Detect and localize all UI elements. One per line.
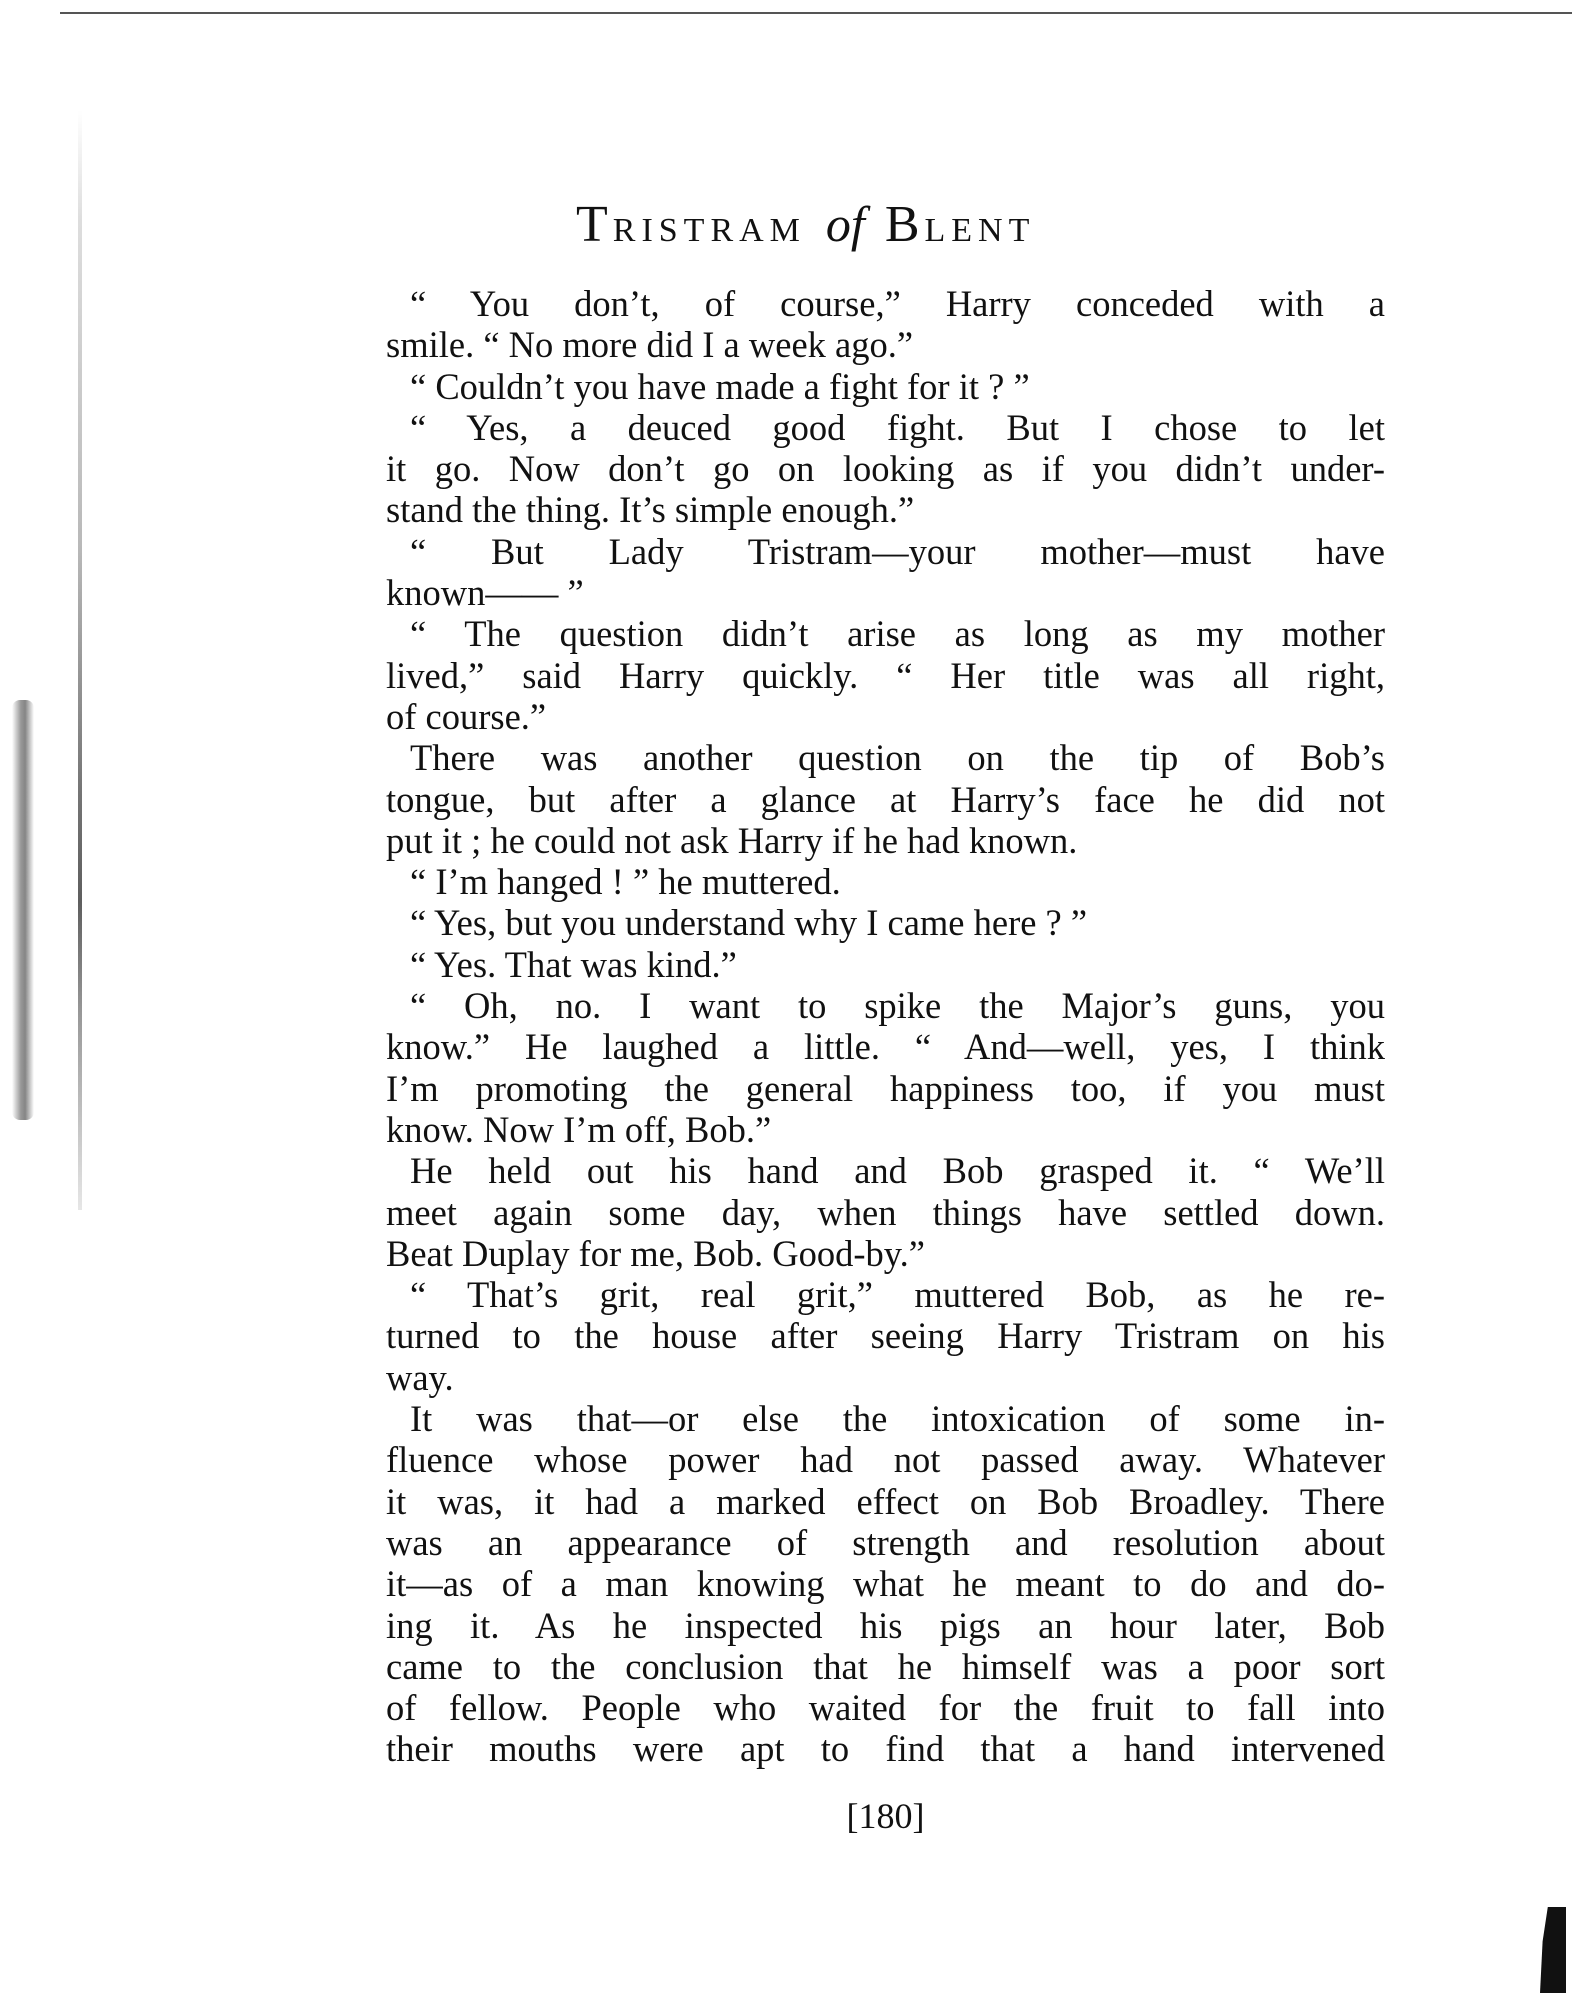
text-line: He held out his hand and Bob grasped it.… bbox=[386, 1150, 1385, 1191]
text-line: I’m promoting the general happiness too,… bbox=[386, 1068, 1385, 1109]
running-head-connector: of bbox=[826, 196, 865, 252]
text-line: stand the thing. It’s simple enough.” bbox=[386, 489, 1385, 530]
text-line: turned to the house after seeing Harry T… bbox=[386, 1315, 1385, 1356]
running-head-initial-2: B bbox=[885, 196, 925, 253]
text-line: It was that—or else the intoxication of … bbox=[386, 1398, 1385, 1439]
text-line: of fellow. People who waited for the fru… bbox=[386, 1687, 1385, 1728]
text-line: “ The question didn’t arise as long as m… bbox=[386, 613, 1385, 654]
text-line: know. Now I’m off, Bob.” bbox=[386, 1109, 1385, 1150]
text-line: “ But Lady Tristram—your mother—must hav… bbox=[386, 531, 1385, 572]
body-text: “ You don’t, of course,” Harry conceded … bbox=[386, 283, 1385, 1770]
text-line: know.” He laughed a little. “ And—well, … bbox=[386, 1026, 1385, 1067]
text-line: lived,” said Harry quickly. “ Her title … bbox=[386, 655, 1385, 696]
top-rule bbox=[60, 12, 1572, 14]
text-line: “ That’s grit, real grit,” muttered Bob,… bbox=[386, 1274, 1385, 1315]
text-line: came to the conclusion that he himself w… bbox=[386, 1646, 1385, 1687]
running-head: TRISTRAMofBLENT bbox=[576, 195, 1035, 254]
text-line: There was another question on the tip of… bbox=[386, 737, 1385, 778]
text-line: put it ; he could not ask Harry if he ha… bbox=[386, 820, 1385, 861]
scan-binding-shadow bbox=[12, 700, 34, 1120]
text-line: of course.” bbox=[386, 696, 1385, 737]
text-line: “ You don’t, of course,” Harry conceded … bbox=[386, 283, 1385, 324]
text-line: it go. Now don’t go on looking as if you… bbox=[386, 448, 1385, 489]
text-line: “ Oh, no. I want to spike the Major’s gu… bbox=[386, 985, 1385, 1026]
text-line: “ Yes, a deuced good fight. But I chose … bbox=[386, 407, 1385, 448]
page-number: [180] bbox=[386, 1795, 1385, 1837]
text-line: way. bbox=[386, 1357, 1385, 1398]
text-line: “ I’m hanged ! ” he muttered. bbox=[386, 861, 1385, 902]
text-line: ing it. As he inspected his pigs an hour… bbox=[386, 1605, 1385, 1646]
text-line: Beat Duplay for me, Bob. Good-by.” bbox=[386, 1233, 1385, 1274]
text-line: “ Yes, but you understand why I came her… bbox=[386, 902, 1385, 943]
running-head-word-1: RISTRAM bbox=[613, 212, 806, 249]
text-line: known—— ” bbox=[386, 572, 1385, 613]
text-line: meet again some day, when things have se… bbox=[386, 1192, 1385, 1233]
text-line: “ Couldn’t you have made a fight for it … bbox=[386, 366, 1385, 407]
text-line: their mouths were apt to find that a han… bbox=[386, 1728, 1385, 1769]
scan-binding-edge bbox=[78, 110, 82, 1210]
text-line: was an appearance of strength and resolu… bbox=[386, 1522, 1385, 1563]
running-head-word-2: LENT bbox=[925, 212, 1036, 249]
text-line: “ Yes. That was kind.” bbox=[386, 944, 1385, 985]
scan-corner-mark bbox=[1540, 1907, 1566, 1993]
running-head-initial-1: T bbox=[576, 196, 613, 253]
text-line: fluence whose power had not passed away.… bbox=[386, 1439, 1385, 1480]
text-line: it was, it had a marked effect on Bob Br… bbox=[386, 1481, 1385, 1522]
text-line: it—as of a man knowing what he meant to … bbox=[386, 1563, 1385, 1604]
text-line: tongue, but after a glance at Harry’s fa… bbox=[386, 779, 1385, 820]
text-line: smile. “ No more did I a week ago.” bbox=[386, 324, 1385, 365]
